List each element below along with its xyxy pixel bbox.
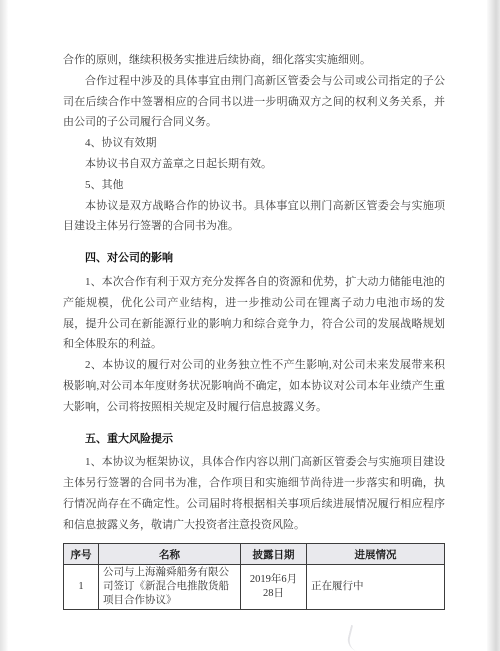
table-cell-progress-status: 正在履行中 (307, 565, 445, 610)
table-cell-seq: 1 (64, 565, 99, 610)
body-paragraph: 合作过程中涉及的具体事宜由荆门高新区管委会与公司或公司指定的子公司在后续合作中签… (63, 71, 445, 133)
table-header-seq: 序号 (64, 544, 99, 565)
body-paragraph: 本协议是双方战略合作的协议书。具体事宜以荆门高新区管委会与实施项目建设主体另行签… (63, 196, 445, 238)
table-intro-paragraph: 2、最近三年披露的战略合作协议进展情况 (63, 536, 445, 538)
scan-artifact-mark (345, 625, 362, 651)
clause-other-title: 5、其他 (63, 175, 445, 196)
table-header-name: 名称 (99, 544, 241, 565)
table-cell-agreement-name: 公司与上海瀚舜船务有限公司签订《新混合电推散货船项目合作协议》 (99, 565, 241, 610)
body-paragraph: 1、本次合作有利于双方充分发挥各自的资源和优势，扩大动力储能电池的产能规模，优化… (63, 272, 445, 355)
progress-table-container: 序号 名称 披露日期 进展情况 1 公司与上海瀚舜船务有限公司签订《新混合电推散… (63, 543, 444, 610)
table-row: 1 公司与上海瀚舜船务有限公司签订《新混合电推散货船项目合作协议》 2019年6… (64, 565, 445, 610)
table-header-row: 序号 名称 披露日期 进展情况 (64, 544, 445, 565)
table-header-disclosure-date: 披露日期 (241, 544, 307, 565)
table-cell-disclosure-date: 2019年6月28日 (241, 565, 307, 610)
document-body: 合作的原则，继续积极务实推进后续协商，细化落实实施细则。 合作过程中涉及的具体事… (63, 50, 445, 538)
body-paragraph: 本协议书自双方盖章之日起长期有效。 (63, 154, 445, 175)
body-paragraph: 2、本协议的履行对公司的业务独立性不产生影响,对公司未来发展带来积极影响,对公司… (63, 355, 445, 417)
page-left-edge-shadow (0, 0, 8, 651)
body-paragraph: 1、本协议为框架协议，具体合作内容以荆门高新区管委会与实施项目建设主体另行签署的… (63, 452, 445, 535)
clause-validity-title: 4、协议有效期 (63, 133, 445, 154)
section-heading-risk-warning: 五、重大风险提示 (63, 429, 445, 450)
table-header-progress-status: 进展情况 (307, 544, 445, 565)
body-paragraph: 合作的原则，继续积极务实推进后续协商，细化落实实施细则。 (63, 50, 445, 71)
page-right-edge-shadow (487, 0, 500, 651)
document-page: { "document": { "paragraphs": [ { "text"… (0, 0, 500, 651)
section-heading-company-impact: 四、对公司的影响 (63, 248, 445, 269)
progress-table: 序号 名称 披露日期 进展情况 1 公司与上海瀚舜船务有限公司签订《新混合电推散… (63, 543, 445, 610)
